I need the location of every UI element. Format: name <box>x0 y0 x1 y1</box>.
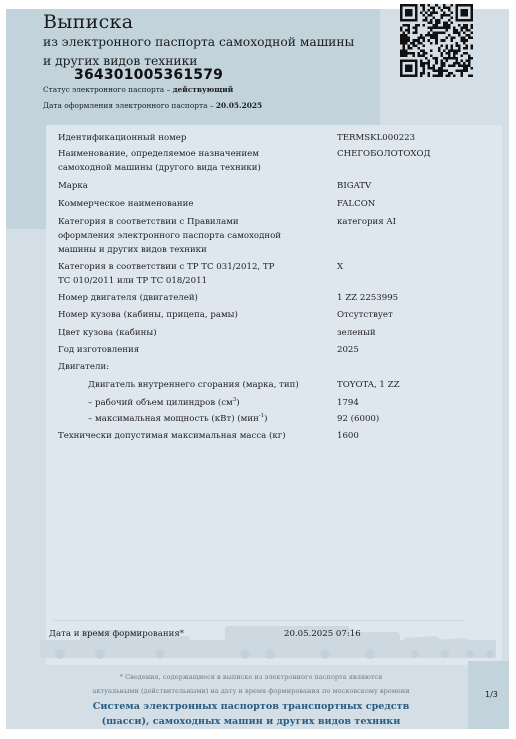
row-label: Технически допустимая максимальная масса… <box>58 429 288 443</box>
status-label: Статус электронного паспорта – <box>43 85 173 94</box>
passport-issue-date: Дата оформления электронного паспорта – … <box>43 101 262 110</box>
system-name: Система электронных паспортов транспортн… <box>40 699 462 729</box>
row-value: 92 (6000) <box>337 412 497 426</box>
status-value: действующий <box>173 85 234 94</box>
document-title: Выписка <box>43 11 133 33</box>
row-label: Марка <box>58 179 288 193</box>
qr-code-icon <box>400 4 473 77</box>
row-value: X <box>337 260 497 274</box>
row-label: Двигатели: <box>58 360 288 374</box>
passport-status: Статус электронного паспорта – действующ… <box>43 85 233 94</box>
row-value: FALCON <box>337 197 497 211</box>
row-label: Категория в соответствии с Правилами офо… <box>58 215 288 257</box>
row-label: – максимальная мощность (кВт) (мин-1) <box>88 412 308 426</box>
side-band <box>6 127 46 229</box>
vehicles-silhouette-icon <box>40 622 496 660</box>
system-name-line-1: Система электронных паспортов транспортн… <box>40 699 462 714</box>
row-label: Номер кузова (кабины, прицепа, рамы) <box>58 308 288 322</box>
footnote-line-2: актуальными (действительными) на дату и … <box>40 687 462 695</box>
row-label: Идентификационный номер <box>58 131 288 145</box>
issue-date-value: 20.05.2025 <box>216 101 262 110</box>
generation-date-value: 20.05.2025 07:16 <box>284 629 361 639</box>
row-value: СНЕГОБОЛОТОХОД <box>337 147 497 161</box>
row-label: Двигатель внутреннего сгорания (марка, т… <box>88 378 308 392</box>
row-label: – рабочий объем цилиндров (см3) <box>88 396 308 410</box>
row-label: Коммерческое наименование <box>58 197 288 211</box>
row-value: зеленый <box>337 326 497 340</box>
divider <box>53 620 465 621</box>
row-label: Цвет кузова (кабины) <box>58 326 288 340</box>
row-label: Наименование, определяемое назначением с… <box>58 147 288 175</box>
row-value: 2025 <box>337 343 497 357</box>
row-value: Отсутствует <box>337 308 497 322</box>
row-value: 1 ZZ 2253995 <box>337 291 497 305</box>
row-value: категория AI <box>337 215 497 229</box>
row-label: Номер двигателя (двигателей) <box>58 291 288 305</box>
generation-date-label: Дата и время формирования* <box>49 629 184 639</box>
document-subtitle: из электронного паспорта самоходной маши… <box>43 33 363 71</box>
row-label: Год изготовления <box>58 343 288 357</box>
row-label: Категория в соответствии с ТР ТС 031/201… <box>58 260 288 288</box>
system-name-line-2: (шасси), самоходных машин и других видов… <box>40 714 462 729</box>
footnote-line-1: * Сведения, содержащиеся в выписке из эл… <box>40 673 462 681</box>
passport-number: 364301005361579 <box>74 67 223 83</box>
issue-date-label: Дата оформления электронного паспорта – <box>43 101 216 110</box>
row-value: BIGATV <box>337 179 497 193</box>
row-value: 1794 <box>337 396 497 410</box>
row-value: TOYOTA, 1 ZZ <box>337 378 497 392</box>
row-value: TERMSKL000223 <box>337 131 497 145</box>
page-number: 1/3 <box>485 690 498 699</box>
row-value: 1600 <box>337 429 497 443</box>
